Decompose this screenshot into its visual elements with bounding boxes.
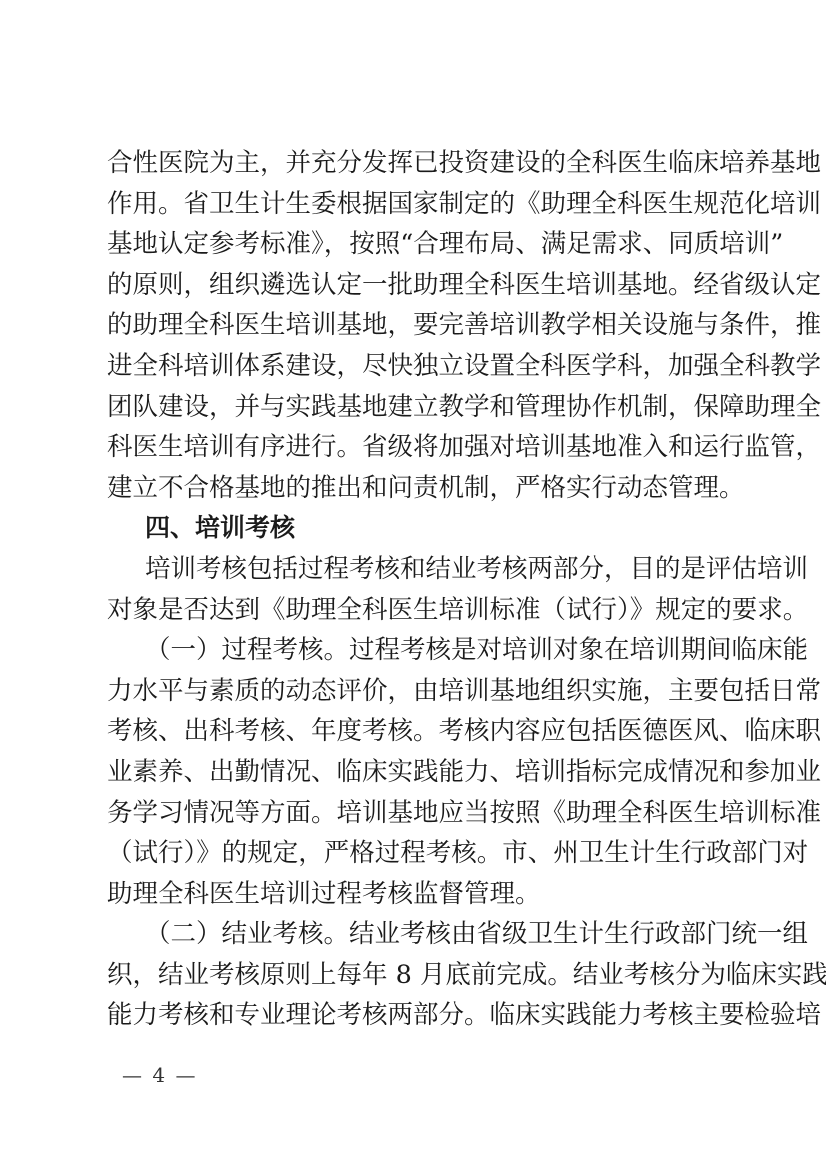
- body-line: 科医生培训有序进行。省级将加强对培训基地准入和运行监管，: [107, 427, 719, 468]
- subsection-final-assessment: （二）结业考核。结业考核由省级卫生计生行政部门统一组: [107, 914, 719, 955]
- body-line: 进全科培训体系建设，尽快独立设置全科医学科，加强全科教学: [107, 346, 719, 387]
- paragraph-start-line: 培训考核包括过程考核和结业考核两部分，目的是评估培训: [107, 549, 719, 590]
- body-line: 的原则，组织遴选认定一批助理全科医生培训基地。经省级认定: [107, 265, 719, 306]
- body-line: 的助理全科医生培训基地，要完善培训教学相关设施与条件，推: [107, 305, 719, 346]
- body-line: 织，结业考核原则上每年 8 月底前完成。结业考核分为临床实践: [107, 955, 719, 996]
- paragraph-end-line: 助理全科医生培训过程考核监督管理。: [107, 874, 719, 915]
- body-line: （试行）》的规定，严格过程考核。市、州卫生计生行政部门对: [107, 833, 719, 874]
- subsection-process-assessment: （一）过程考核。过程考核是对培训对象在培训期间临床能: [107, 630, 719, 671]
- body-line: 务学习情况等方面。培训基地应当按照《助理全科医生培训标准: [107, 793, 719, 834]
- paragraph-end-line: 建立不合格基地的推出和问责机制，严格实行动态管理。: [107, 468, 719, 509]
- body-line: 作用。省卫生计生委根据国家制定的《助理全科医生规范化培训: [107, 184, 719, 225]
- body-line: 考核、出科考核、年度考核。考核内容应包括医德医风、临床职: [107, 711, 719, 752]
- document-body: 合性医院为主，并充分发挥已投资建设的全科医生临床培养基地 作用。省卫生计生委根据…: [107, 143, 719, 1036]
- body-line: 合性医院为主，并充分发挥已投资建设的全科医生临床培养基地: [107, 143, 719, 184]
- body-line: 团队建设，并与实践基地建立教学和管理协作机制，保障助理全: [107, 387, 719, 428]
- body-line: 业素养、出勤情况、临床实践能力、培训指标完成情况和参加业: [107, 752, 719, 793]
- section-heading: 四、培训考核: [107, 508, 719, 549]
- body-line: 基地认定参考标准》，按照“合理布局、满足需求、同质培训”: [107, 224, 719, 265]
- body-line: 对象是否达到《助理全科医生培训标准（试行）》规定的要求。: [107, 590, 719, 631]
- page-number: — 4 —: [122, 1062, 197, 1088]
- body-line: 能力考核和专业理论考核两部分。临床实践能力考核主要检验培: [107, 995, 719, 1036]
- body-line: 力水平与素质的动态评价，由培训基地组织实施，主要包括日常: [107, 671, 719, 712]
- document-page: 合性医院为主，并充分发挥已投资建设的全科医生临床培养基地 作用。省卫生计生委根据…: [0, 0, 826, 1169]
